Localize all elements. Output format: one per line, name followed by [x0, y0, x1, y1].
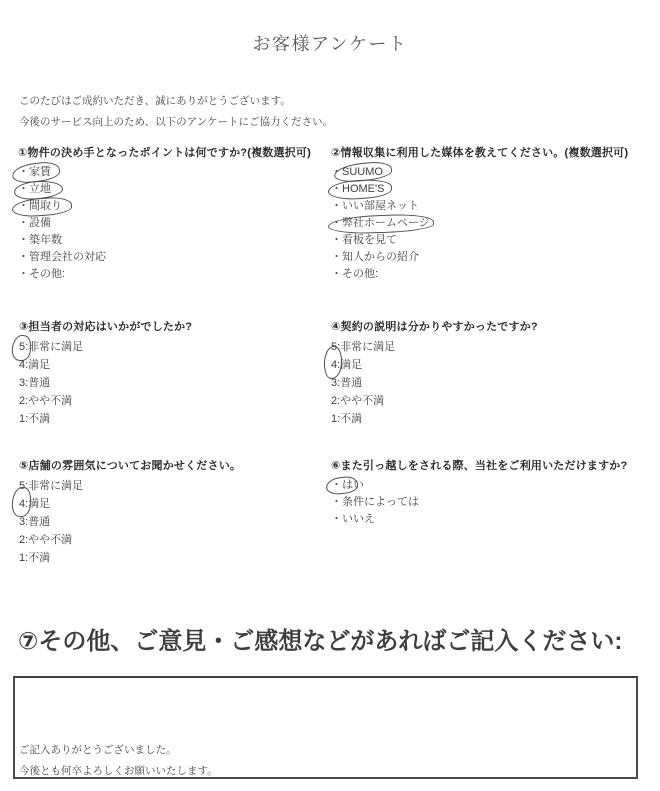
rating-4: 4:満足	[19, 356, 319, 374]
rating-3: 3:普通	[19, 374, 319, 392]
question-7-title: ⑦その他、ご意見・ご感想などがあればご記入ください:	[18, 621, 640, 656]
question-2: ②情報収集に利用した媒体を教えてください。(複数選択可) ・SUUMO ・HOM…	[331, 146, 651, 283]
intro-line-1: このたびはご成約いただき、誠にありがとうございます。	[19, 91, 333, 112]
question-1-title: ①物件の決め手となったポイントは何ですか?(複数選択可)	[18, 146, 328, 161]
rating-1: 1:不満	[19, 549, 319, 567]
option-depends-on-conditions: ・条件によっては	[331, 494, 651, 511]
question-1-options: ・家賃 ・立地 ・間取り ・設備 ・築年数 ・管理会社の対応 ・その他:	[18, 164, 328, 283]
option-equipment: ・設備	[18, 215, 328, 232]
question-2-options: ・SUUMO ・HOME'S ・いい部屋ネット ・弊社ホームページ ・看板を見て…	[331, 164, 651, 283]
option-yes: ・はい	[331, 477, 651, 494]
question-5-title: ⑤店舗の雰囲気についてお聞かせください。	[19, 459, 319, 474]
closing-line-1: ご記入ありがとうございました。	[19, 740, 218, 761]
option-location: ・立地	[18, 181, 328, 198]
closing-text: ご記入ありがとうございました。 今後とも何卒よろしくお願いいたします。	[19, 740, 218, 781]
option-rent: ・家賃	[18, 164, 328, 181]
question-2-title: ②情報収集に利用した媒体を教えてください。(複数選択可)	[331, 146, 651, 161]
intro-line-2: 今後のサービス向上のため、以下のアンケートにご協力ください。	[19, 112, 333, 133]
question-4-options: 5:非常に満足 4:満足 3:普通 2:やや不満 1:不満	[331, 338, 651, 428]
question-1: ①物件の決め手となったポイントは何ですか?(複数選択可) ・家賃 ・立地 ・間取…	[18, 146, 328, 283]
survey-document: お客様アンケート このたびはご成約いただき、誠にありがとうございます。 今後のサ…	[0, 0, 660, 791]
rating-5: 5:非常に満足	[331, 338, 651, 356]
question-3: ③担当者の対応はいかがでしたか? 5:非常に満足 4:満足 3:普通 2:やや不…	[19, 320, 319, 428]
closing-line-2: 今後とも何卒よろしくお願いいたします。	[19, 761, 218, 782]
question-5: ⑤店舗の雰囲気についてお聞かせください。 5:非常に満足 4:満足 3:普通 2…	[19, 459, 319, 567]
question-4-title: ④契約の説明は分かりやすかったですか?	[331, 320, 651, 335]
rating-1: 1:不満	[19, 410, 319, 428]
question-4: ④契約の説明は分かりやすかったですか? 5:非常に満足 4:満足 3:普通 2:…	[331, 320, 651, 428]
option-other: ・その他:	[18, 266, 328, 283]
option-iiheya-net: ・いい部屋ネット	[331, 198, 651, 215]
rating-5: 5:非常に満足	[19, 477, 319, 495]
rating-3: 3:普通	[19, 513, 319, 531]
rating-5: 5:非常に満足	[19, 338, 319, 356]
question-3-options: 5:非常に満足 4:満足 3:普通 2:やや不満 1:不満	[19, 338, 319, 428]
question-3-title: ③担当者の対応はいかがでしたか?	[19, 320, 319, 335]
option-suumo: ・SUUMO	[331, 164, 651, 181]
question-6-title: ⑥また引っ越しをされる際、当社をご利用いただけますか?	[331, 459, 651, 474]
option-floor-plan: ・間取り	[18, 198, 328, 215]
rating-4: 4:満足	[331, 356, 651, 374]
question-6: ⑥また引っ越しをされる際、当社をご利用いただけますか? ・はい ・条件によっては…	[331, 459, 651, 528]
rating-2: 2:やや不満	[19, 392, 319, 410]
page-title: お客様アンケート	[0, 30, 660, 56]
question-6-options: ・はい ・条件によっては ・いいえ	[331, 477, 651, 528]
intro-text: このたびはご成約いただき、誠にありがとうございます。 今後のサービス向上のため、…	[19, 91, 333, 133]
option-other: ・その他:	[331, 266, 651, 283]
question-5-options: 5:非常に満足 4:満足 3:普通 2:やや不満 1:不満	[19, 477, 319, 567]
option-homes: ・HOME'S	[331, 181, 651, 198]
option-building-age: ・築年数	[18, 232, 328, 249]
rating-4: 4:満足	[19, 495, 319, 513]
option-company-homepage: ・弊社ホームページ	[331, 215, 651, 232]
option-signboard: ・看板を見て	[331, 232, 651, 249]
rating-1: 1:不満	[331, 410, 651, 428]
rating-2: 2:やや不満	[19, 531, 319, 549]
option-referral: ・知人からの紹介	[331, 249, 651, 266]
option-no: ・いいえ	[331, 511, 651, 528]
option-management-company: ・管理会社の対応	[18, 249, 328, 266]
rating-3: 3:普通	[331, 374, 651, 392]
rating-2: 2:やや不満	[331, 392, 651, 410]
